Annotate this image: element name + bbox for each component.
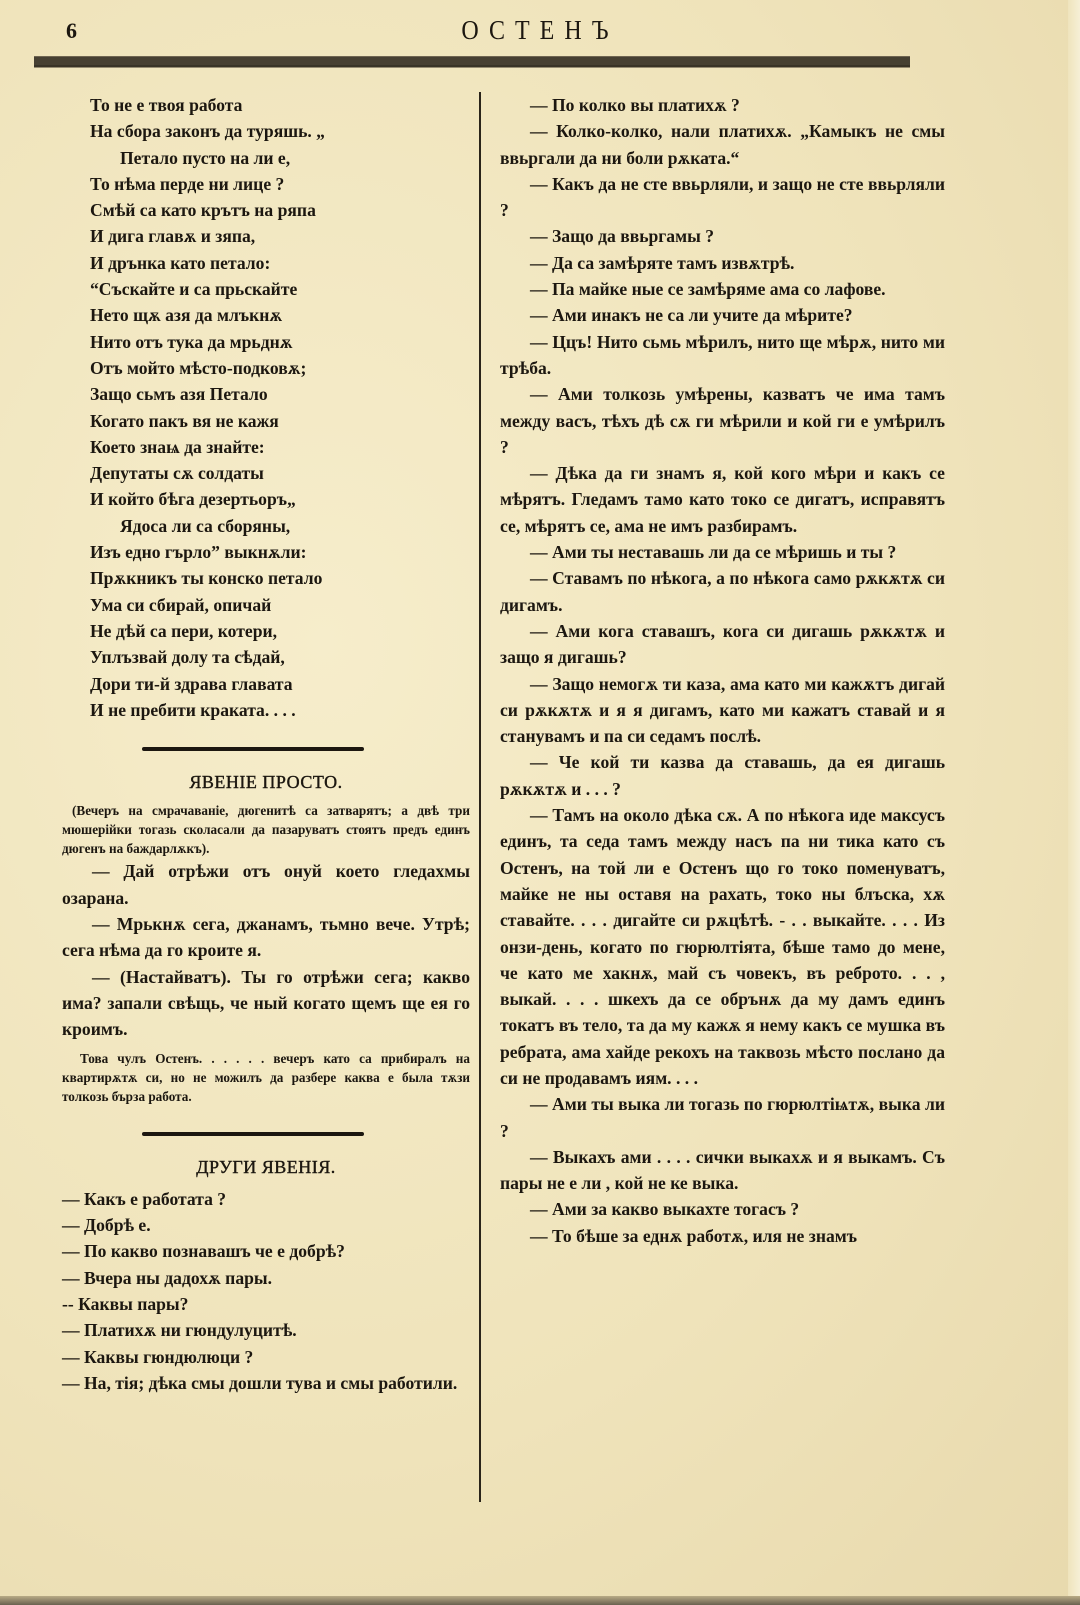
page-bottom-edge [0, 1596, 1080, 1605]
dialogue-paragraph: — Ставамъ по нѣкога, а по нѣкога само рѫ… [500, 565, 945, 618]
poem-line: Смѣй са като крътъ на ряпа [90, 197, 470, 223]
poem-line: Прѫкникъ ты конско петало [90, 565, 470, 591]
dialogue-line: -- Каквы пары? [62, 1291, 470, 1317]
poem-line: И който бѣга дезертьоръ„ [90, 486, 470, 512]
dialogue-paragraph: — По колко вы платихѫ ? [500, 92, 945, 118]
poem-line: И не пребити краката. . . . [90, 697, 470, 723]
dialogue-paragraph: — Ами ты неставашь ли да се мѣришь и ты … [500, 539, 945, 565]
left-column: То не е твоя работаНа сбора законъ да ту… [62, 92, 470, 1396]
poem-line: Ядоса ли са сборяны, [120, 513, 470, 539]
dialogue-paragraph: — Какъ да не сте ввьрляли, и защо не сте… [500, 171, 945, 224]
poem-line: Нето щѫ азя да млъкнѫ [90, 302, 470, 328]
dialogue-paragraph: — Ами кога ставашъ, кога си дигашь рѫкѫт… [500, 618, 945, 671]
section-divider [142, 1132, 364, 1136]
section-divider [142, 747, 364, 751]
dialogue-paragraph: — На, тія; дѣка смы дошли тува и смы раб… [62, 1370, 470, 1396]
poem-line: Което знаѩ да знайте: [90, 434, 470, 460]
dialogue-paragraph: — Да са замѣряте тамъ извѫтрѣ. [500, 250, 945, 276]
poem-line: Ума си сбирай, опичай [90, 592, 470, 618]
dialogue-lines: — Какъ е работата ? — Добрѣ е. — По какв… [62, 1186, 470, 1370]
header-rule-thin [34, 67, 910, 68]
poem-line: Когато пакъ вя не кажя [90, 408, 470, 434]
poem-line: Уплъзвай долу та сѣдай, [90, 644, 470, 670]
dialogue-line: — Добрѣ е. [62, 1212, 470, 1238]
column-divider [479, 92, 481, 1502]
header-rule [34, 56, 910, 67]
dialogue-paragraph: — Защо немогѫ ти каза, ама като ми кажѫт… [500, 671, 945, 750]
section-title-yavenie-prosto: ЯВЕНІЕ ПРОСТО. [62, 769, 470, 795]
poem-line: Изъ едно гърло” выкнѫли: [90, 539, 470, 565]
poem-line: Нито отъ тука да мрьднѫ [90, 329, 470, 355]
poem-line: Отъ мойто мѣсто-подковѫ; [90, 355, 470, 381]
dialogue-paragraph: — Ами инакъ не са ли учите да мѣрите? [500, 302, 945, 328]
poem-line: На сбора законъ да туряшь. „ [90, 118, 470, 144]
dialogue-paragraph: — Дѣка да ги знамъ я, кой кого мѣри и ка… [500, 460, 945, 539]
dialogue-paragraph: — Ами за какво выкахте тогасъ ? [500, 1196, 945, 1222]
dialogue-paragraph: — Ами ты выка ли тогазь по гюрюлтіѩтѫ, в… [500, 1091, 945, 1144]
section-title-drugi-yavenia: ДРУГИ ЯВЕНІЯ. [62, 1154, 470, 1180]
dialogue-paragraph: — Мрькнѫ сега, джанамъ, тьмно вече. Утрѣ… [62, 911, 470, 964]
poem-line: Дори ти-й здрава главата [90, 671, 470, 697]
editor-note: Това чулъ Остенъ. . . . . . вечеръ като … [62, 1049, 470, 1106]
poem-line: И дига главѫ и зяпа, [90, 223, 470, 249]
right-column: — По колко вы платихѫ ?— Колко-колко, на… [500, 92, 945, 1249]
poem-line: То не е твоя работа [90, 92, 470, 118]
poem-line: Защо сьмъ азя Петало [90, 381, 470, 407]
poem: То не е твоя работаНа сбора законъ да ту… [62, 92, 470, 723]
dialogue-paragraph: — Колко-колко, нали платихѫ. „Камыкъ не … [500, 118, 945, 171]
dialogue-line: — Какъ е работата ? [62, 1186, 470, 1212]
poem-line: Не дѣй са пери, котери, [90, 618, 470, 644]
dialogue-paragraph: — Па майке ные се замѣряме ама со лафове… [500, 276, 945, 302]
page-edge [1068, 0, 1080, 1605]
stage-direction: (Вечеръ на смрачаваніе, дюгенитѣ са затв… [62, 801, 470, 858]
dialogue-paragraph: — Ами толкозь умѣрены, казватъ че има та… [500, 381, 945, 460]
poem-line: Депутаты сѫ солдаты [90, 460, 470, 486]
dialogue-paragraph: — Тамъ на около дѣка сѫ. А по нѣкога иде… [500, 802, 945, 1091]
poem-line: И дрънка като петало: [90, 250, 470, 276]
masthead-title: ОСТЕНЪ [0, 16, 1080, 47]
poem-line: Петало пусто на ли е, [120, 145, 470, 171]
dialogue-line: — Вчера ны дадохѫ пары. [62, 1265, 470, 1291]
dialogue-paragraph: — Выкахъ ами . . . . сички выкахѫ и я вы… [500, 1144, 945, 1197]
dialogue-paragraph: — Ццъ! Нито сьмь мѣрилъ, нито ще мѣрѫ, н… [500, 329, 945, 382]
poem-line: То нѣма перде ни лице ? [90, 171, 470, 197]
dialogue-paragraph: — Дай отрѣжи отъ онуй което гледахмы оза… [62, 858, 470, 911]
dialogue-line: — Каквы гюндюлюци ? [62, 1344, 470, 1370]
dialogue-paragraph: — То бѣше за еднѫ работѫ, иля не знамъ [500, 1223, 945, 1249]
dialogue-line: — По какво познавашъ че е добрѣ? [62, 1238, 470, 1264]
poem-line: “Съскайте и са прьскайте [90, 276, 470, 302]
dialogue-paragraph: — Защо да ввьргамы ? [500, 223, 945, 249]
dialogue-paragraph: — (Настайватъ). Ты го отрѣжи сега; какво… [62, 964, 470, 1043]
dialogue-paragraph: — Че кой ти казва да ставашь, да ея дига… [500, 749, 945, 802]
dialogue-line: — Платихѫ ни гюндулуцитѣ. [62, 1317, 470, 1343]
